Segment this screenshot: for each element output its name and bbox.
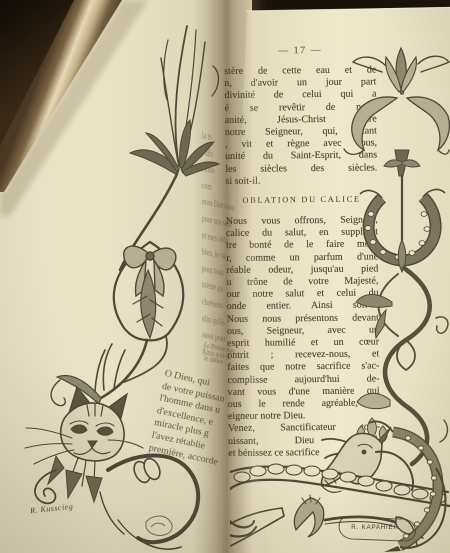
left-page-ornament (0, 0, 250, 553)
open-book-photo: la tol'offrHonocommon Dieu soupour ma sa… (0, 0, 450, 553)
right-page-ornament (230, 0, 450, 553)
lily-spray-illustration (120, 26, 219, 270)
tulip-illustration (294, 498, 323, 537)
engraver-mark (146, 516, 172, 535)
artist-signature-right: R. KAPAHIER (338, 524, 412, 531)
ribbon-bow-lens-illustration (51, 242, 183, 406)
cat-mask-illustration (25, 387, 143, 502)
